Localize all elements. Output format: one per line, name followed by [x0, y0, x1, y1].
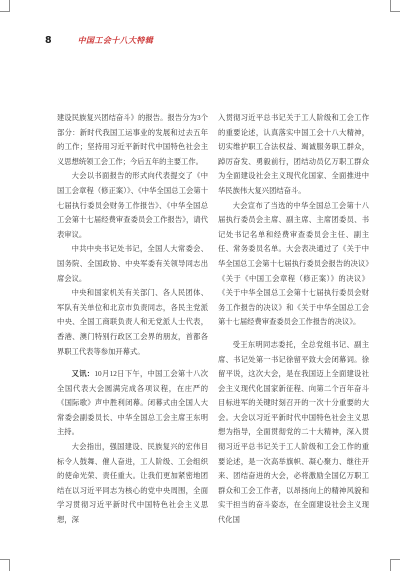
crop-mark-top-left-icon — [0, 0, 10, 12]
paragraph: 受王东明同志委托，全总党组书记、副主席、书记处第一书记徐留平致大会闭幕词。徐留平… — [218, 338, 369, 528]
crop-mark-bottom-left-icon — [0, 559, 10, 571]
crop-mark-bottom-right-icon — [390, 559, 400, 571]
paragraph: 又讯：10月12日下午，中国工会第十八次全国代表大会圆满完成各项议程，在庄严的《… — [57, 367, 208, 440]
paragraph-lead: 又讯： — [72, 369, 95, 378]
magazine-page: 8 中国工会十八大特辑 建设民族复兴团结奋斗》的报告。报告分为3个部分：新时代我… — [0, 0, 400, 571]
paragraph: 中共中央书记处书记，全国人大常委会、国务院、全国政协、中央军委有关领导同志出席会… — [57, 242, 208, 286]
paragraph: 大会指出，强国建设、民族复兴的宏伟目标令人鼓舞、催人奋进，工人阶级、工会组织的使… — [57, 440, 208, 528]
page-number: 8 — [45, 35, 52, 47]
text-column-left: 建设民族复兴团结奋斗》的报告。报告分为3个部分：新时代我国工运事业的发展和过去五… — [57, 111, 208, 503]
paragraph: 建设民族复兴团结奋斗》的报告。报告分为3个部分：新时代我国工运事业的发展和过去五… — [57, 111, 208, 169]
crop-mark-top-right-icon — [390, 0, 400, 12]
paragraph: 大会以书面报告的形式向代表提交了《中国工会章程（修正案）》、《中华全国总工会第十… — [57, 169, 208, 242]
paragraph: 中央和国家机关有关部门、各人民团体、军队有关单位和北京市负责同志，各民主党派中央… — [57, 286, 208, 359]
paragraph: 入贯彻习近平总书记关于工人阶级和工会工作的重要论述，认真落实中国工会十八大精神，… — [218, 111, 369, 199]
header-title: 中国工会十八大特辑 — [78, 35, 154, 47]
text-column-right: 入贯彻习近平总书记关于工人阶级和工会工作的重要论述，认真落实中国工会十八大精神，… — [218, 111, 369, 503]
paragraph: 大会宣布了当选的中华全国总工会第十八届执行委员会主席、副主席、主席团委员、书记处… — [218, 199, 369, 330]
page-header: 8 中国工会十八大特辑 — [45, 35, 153, 47]
